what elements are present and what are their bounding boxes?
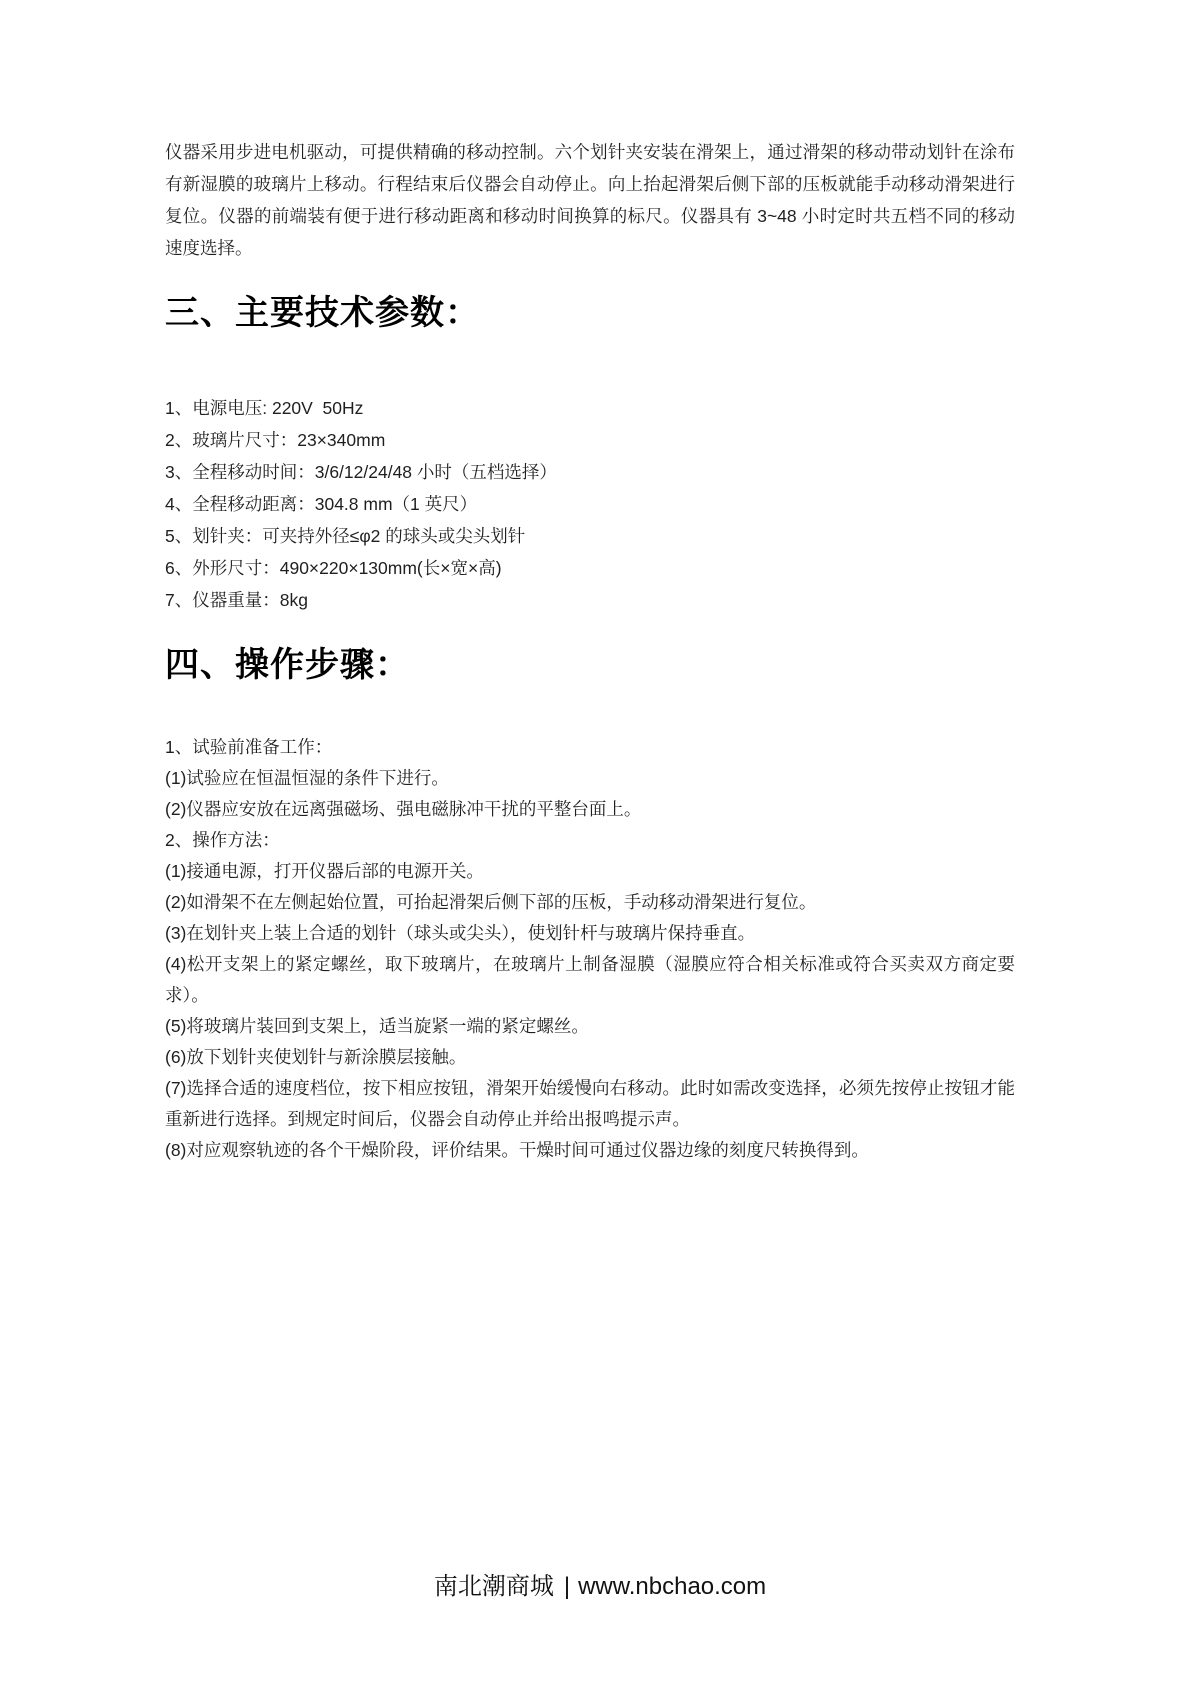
step-line: 2、操作方法： bbox=[165, 825, 1015, 856]
step-line: (7)选择合适的速度档位，按下相应按钮，滑架开始缓慢向右移动。此时如需改变选择，… bbox=[165, 1073, 1015, 1135]
page-footer: 南北潮商城|www.nbchao.com bbox=[0, 1570, 1200, 1604]
step-line: 1、试验前准备工作： bbox=[165, 732, 1015, 763]
step-line: (2)如滑架不在左侧起始位置，可抬起滑架后侧下部的压板，手动移动滑架进行复位。 bbox=[165, 887, 1015, 918]
param-item: 6、外形尺寸：490×220×130mm(长×宽×高) bbox=[165, 552, 1015, 584]
step-line: (8)对应观察轨迹的各个干燥阶段，评价结果。干燥时间可通过仪器边缘的刻度尺转换得… bbox=[165, 1135, 1015, 1166]
footer-url: www.nbchao.com bbox=[578, 1573, 766, 1600]
page-content: 仪器采用步进电机驱动，可提供精确的移动控制。六个划针夹安装在滑架上，通过滑架的移… bbox=[165, 0, 1015, 1166]
section-heading-technical-parameters: 三、主要技术参数： bbox=[165, 290, 1015, 336]
step-line: (1)试验应在恒温恒湿的条件下进行。 bbox=[165, 763, 1015, 794]
param-item: 2、玻璃片尺寸：23×340mm bbox=[165, 424, 1015, 456]
section-heading-operation-steps: 四、操作步骤： bbox=[165, 642, 1015, 688]
technical-parameters-list: 1、电源电压: 220V 50Hz 2、玻璃片尺寸：23×340mm 3、全程移… bbox=[165, 392, 1015, 616]
param-item: 5、划针夹：可夹持外径≤φ2 的球头或尖头划针 bbox=[165, 520, 1015, 552]
step-line: (6)放下划针夹使划针与新涂膜层接触。 bbox=[165, 1042, 1015, 1073]
footer-separator: | bbox=[554, 1573, 578, 1600]
step-line: (5)将玻璃片装回到支架上，适当旋紧一端的紧定螺丝。 bbox=[165, 1011, 1015, 1042]
intro-paragraph: 仪器采用步进电机驱动，可提供精确的移动控制。六个划针夹安装在滑架上，通过滑架的移… bbox=[165, 136, 1015, 264]
param-item: 4、全程移动距离：304.8 mm（1 英尺） bbox=[165, 488, 1015, 520]
document-page: 仪器采用步进电机驱动，可提供精确的移动控制。六个划针夹安装在滑架上，通过滑架的移… bbox=[0, 0, 1200, 1697]
step-line: (3)在划针夹上装上合适的划针（球头或尖头），使划针杆与玻璃片保持垂直。 bbox=[165, 918, 1015, 949]
param-item: 7、仪器重量：8kg bbox=[165, 584, 1015, 616]
param-item: 3、全程移动时间：3/6/12/24/48 小时（五档选择） bbox=[165, 456, 1015, 488]
step-line: (1)接通电源，打开仪器后部的电源开关。 bbox=[165, 856, 1015, 887]
footer-brand: 南北潮商城 bbox=[434, 1574, 554, 1600]
operation-steps-list: 1、试验前准备工作： (1)试验应在恒温恒湿的条件下进行。 (2)仪器应安放在远… bbox=[165, 732, 1015, 1166]
step-line: (2)仪器应安放在远离强磁场、强电磁脉冲干扰的平整台面上。 bbox=[165, 794, 1015, 825]
param-item: 1、电源电压: 220V 50Hz bbox=[165, 392, 1015, 424]
step-line: (4)松开支架上的紧定螺丝，取下玻璃片，在玻璃片上制备湿膜（湿膜应符合相关标准或… bbox=[165, 949, 1015, 1011]
